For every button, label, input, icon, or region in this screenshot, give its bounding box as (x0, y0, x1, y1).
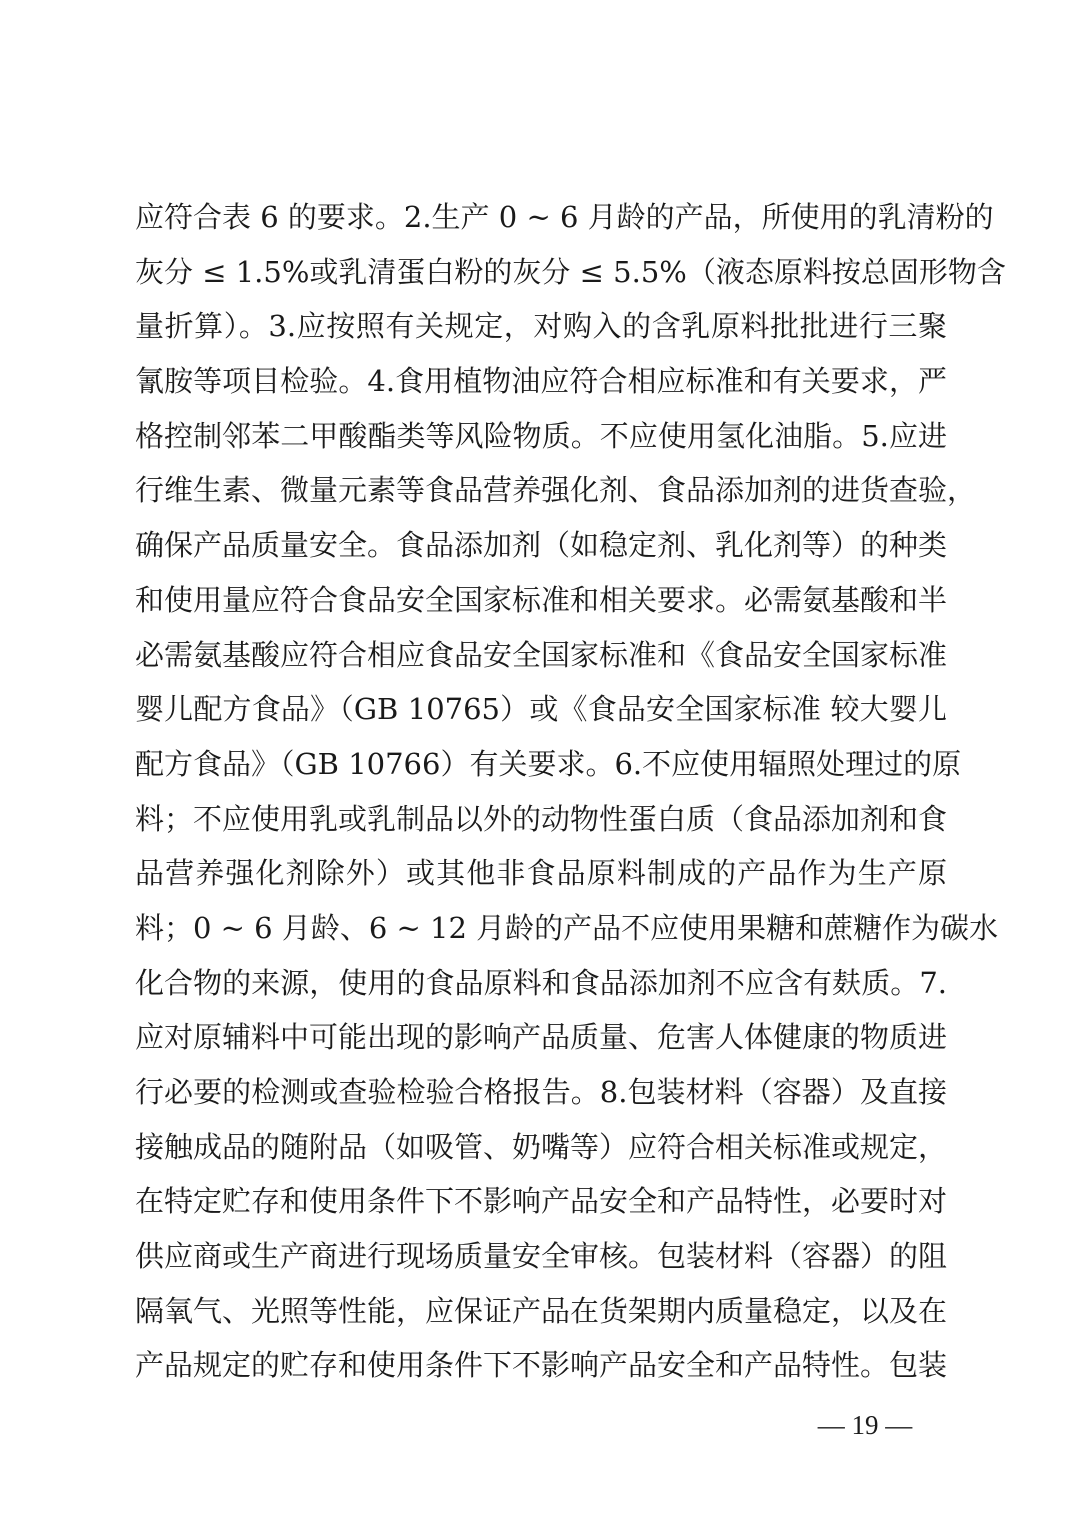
text-line-12: 料；不应使用乳或乳制品以外的动物性蛋白质（食品添加剂和食 (135, 792, 947, 847)
text-line-20: 供应商或生产商进行现场质量安全审核。包装材料（容器）的阻 (135, 1229, 947, 1284)
text-line-19: 在特定贮存和使用条件下不影响产品安全和产品特性，必要时对 (135, 1174, 947, 1229)
text-line-17: 行必要的检测或查验检验合格报告。8.包装材料（容器）及直接 (135, 1065, 947, 1120)
text-line-1: 应符合表 6 的要求。2.生产 0 ~ 6 月龄的产品，所使用的乳清粉的 (135, 190, 947, 245)
text-line-18: 接触成品的随附品（如吸管、奶嘴等）应符合相关标准或规定， (135, 1120, 947, 1175)
text-line-2: 灰分 ≤ 1.5%或乳清蛋白粉的灰分 ≤ 5.5%（液态原料按总固形物含 (135, 245, 947, 300)
text-line-8: 和使用量应符合食品安全国家标准和相关要求。必需氨基酸和半 (135, 573, 947, 628)
text-line-10: 婴儿配方食品》（GB 10765）或《食品安全国家标准 较大婴儿 (135, 682, 947, 737)
text-line-5: 格控制邻苯二甲酸酯类等风险物质。不应使用氢化油脂。5.应进 (135, 409, 947, 464)
text-line-4: 氰胺等项目检验。4.食用植物油应符合相应标准和有关要求，严 (135, 354, 947, 409)
text-line-14: 料；0 ~ 6 月龄、6 ~ 12 月龄的产品不应使用果糖和蔗糖作为碳水 (135, 901, 947, 956)
page-number: — 19 — (790, 1406, 940, 1444)
text-line-22: 产品规定的贮存和使用条件下不影响产品安全和产品特性。包装 (135, 1338, 947, 1393)
text-line-15: 化合物的来源，使用的食品原料和食品添加剂不应含有麸质。7. (135, 956, 947, 1011)
text-line-13: 品营养强化剂除外）或其他非食品原料制成的产品作为生产原 (135, 846, 947, 901)
body-text: 应符合表 6 的要求。2.生产 0 ~ 6 月龄的产品，所使用的乳清粉的 灰分 … (135, 190, 947, 1393)
text-line-6: 行维生素、微量元素等食品营养强化剂、食品添加剂的进货查验， (135, 463, 947, 518)
text-line-3: 量折算）。3.应按照有关规定，对购入的含乳原料批批进行三聚 (135, 299, 947, 354)
text-line-16: 应对原辅料中可能出现的影响产品质量、危害人体健康的物质进 (135, 1010, 947, 1065)
text-line-9: 必需氨基酸应符合相应食品安全国家标准和《食品安全国家标准 (135, 628, 947, 683)
text-line-11: 配方食品》（GB 10766）有关要求。6.不应使用辐照处理过的原 (135, 737, 947, 792)
text-line-7: 确保产品质量安全。食品添加剂（如稳定剂、乳化剂等）的种类 (135, 518, 947, 573)
text-line-21: 隔氧气、光照等性能，应保证产品在货架期内质量稳定，以及在 (135, 1284, 947, 1339)
document-page: 应符合表 6 的要求。2.生产 0 ~ 6 月龄的产品，所使用的乳清粉的 灰分 … (0, 0, 1080, 1527)
